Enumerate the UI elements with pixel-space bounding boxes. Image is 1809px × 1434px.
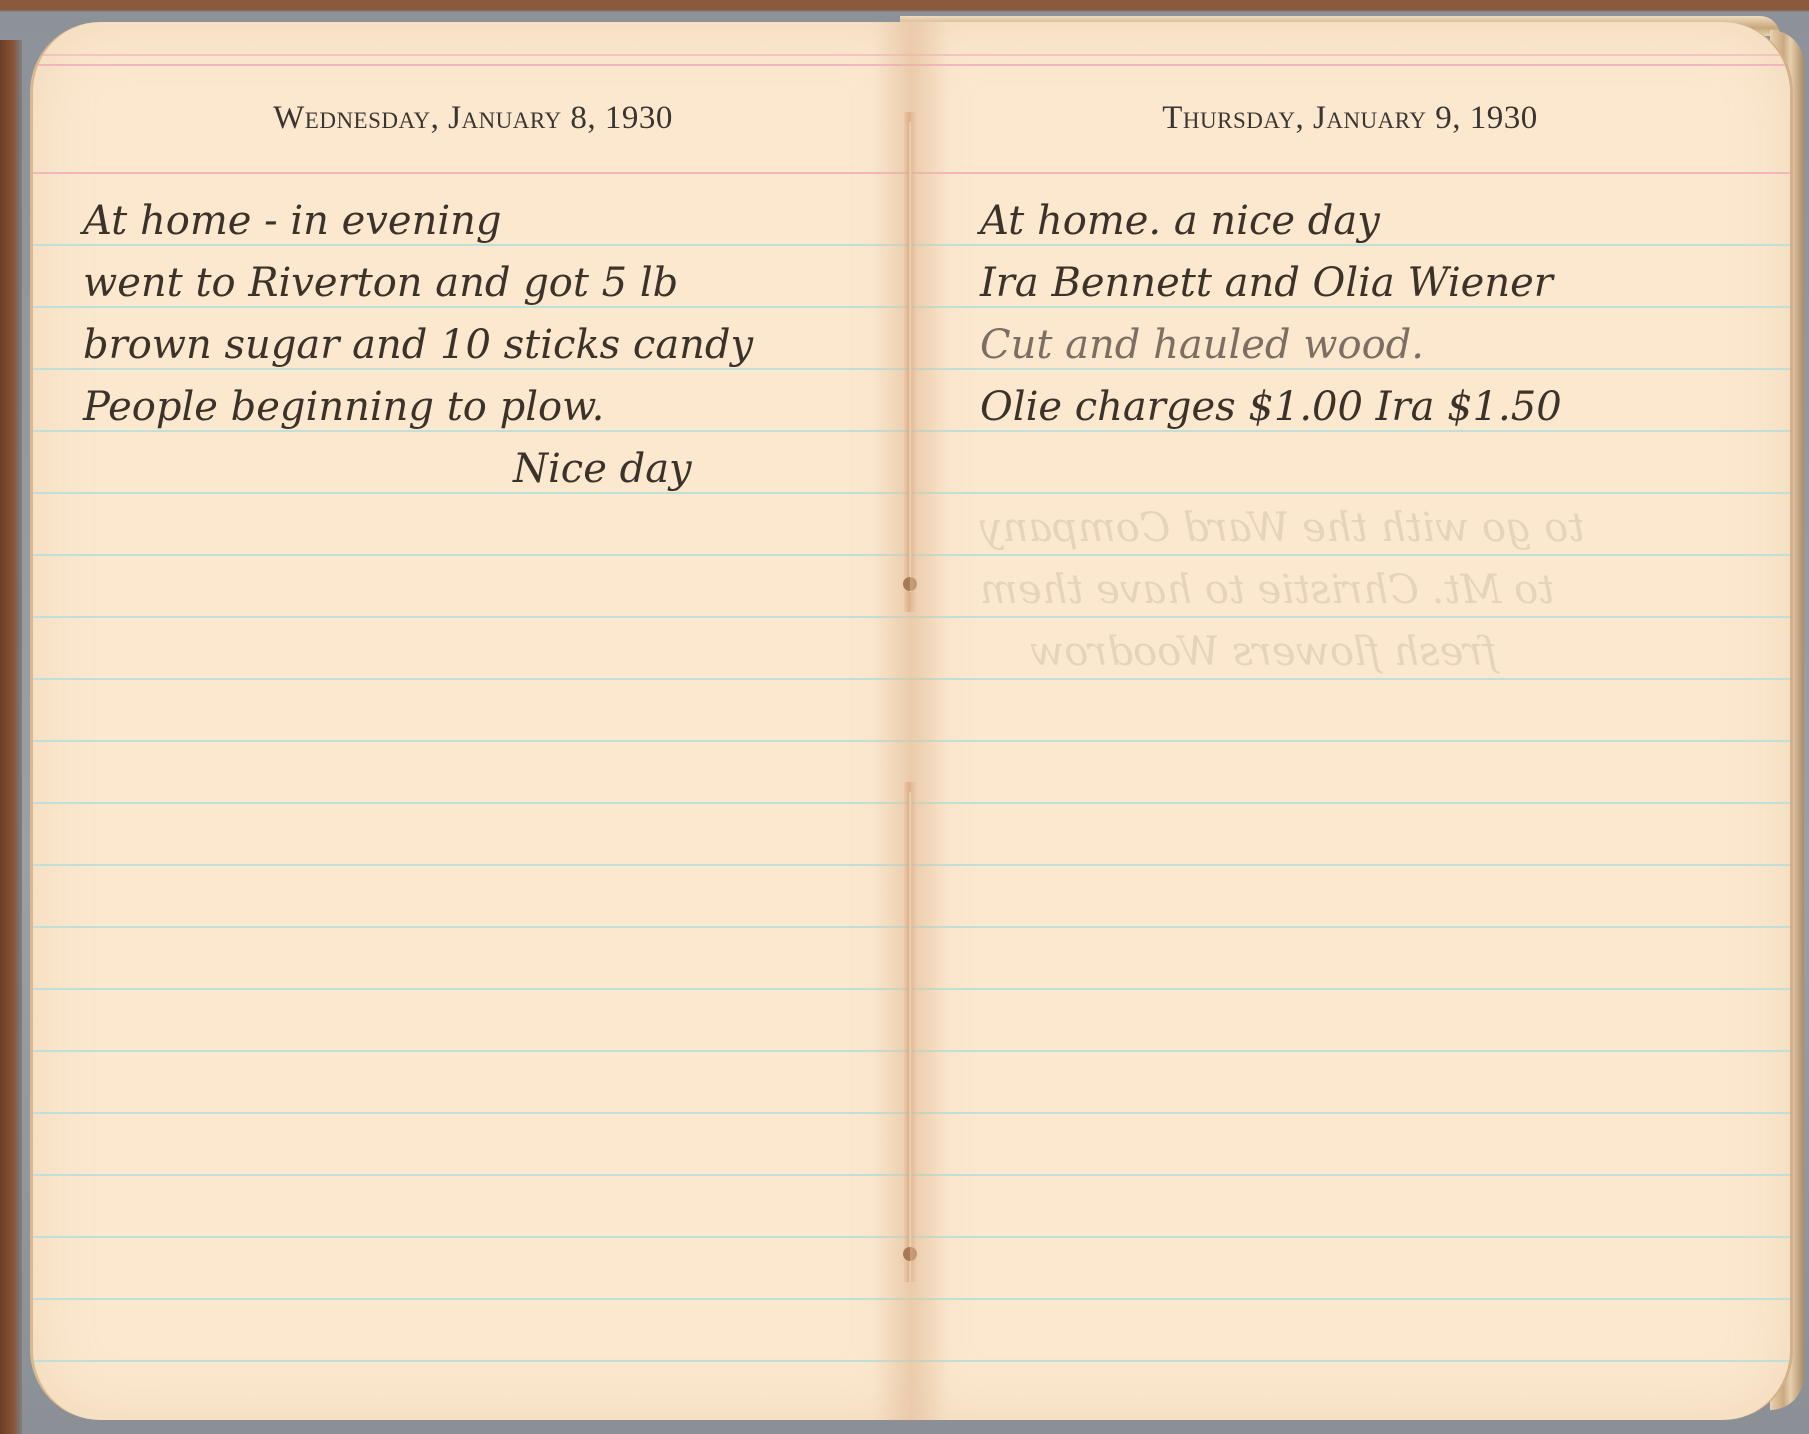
ruled-line	[910, 1298, 1790, 1300]
ruled-line	[910, 1174, 1790, 1176]
ruled-line	[910, 864, 1790, 866]
ruled-line	[910, 1360, 1790, 1362]
ruled-line	[33, 864, 913, 866]
handwritten-entry: At home - in evening went to Riverton an…	[83, 190, 873, 500]
ruled-line	[33, 740, 913, 742]
entry-line: At home. a nice day	[980, 190, 1750, 252]
left-page: Wednesday, January 8, 1930 At home - in …	[30, 22, 913, 1420]
diary-spread: Wednesday, January 8, 1930 At home - in …	[30, 22, 1798, 1422]
ruled-line	[33, 678, 913, 680]
ruled-line	[910, 492, 1790, 494]
ruled-line	[33, 616, 913, 618]
header-rule	[910, 54, 1790, 56]
ruled-line	[33, 1050, 913, 1052]
bleed-through-line: to go with the Ward Company	[980, 497, 1584, 559]
ruled-line	[910, 926, 1790, 928]
header-underline	[33, 172, 913, 174]
header-rule	[33, 54, 913, 56]
bleed-through-line: to Mt. Christie to have them	[980, 559, 1554, 621]
ruled-line	[33, 1112, 913, 1114]
entry-line: At home - in evening	[83, 190, 873, 252]
ruled-line	[33, 1360, 913, 1362]
right-page: Thursday, January 9, 1930 to go with the…	[910, 22, 1793, 1420]
date-header: Wednesday, January 8, 1930	[33, 100, 913, 137]
ruled-line	[33, 802, 913, 804]
ruled-line	[910, 740, 1790, 742]
ruled-line	[33, 1174, 913, 1176]
entry-line: People beginning to plow.	[83, 376, 873, 438]
entry-signoff: Nice day	[83, 438, 873, 500]
entry-line: Cut and hauled wood.	[980, 314, 1750, 376]
bleed-through-line: fresh flowers Woodrow	[1030, 621, 1497, 683]
date-header: Thursday, January 9, 1930	[910, 100, 1790, 137]
header-underline	[910, 172, 1790, 174]
ruled-line	[33, 1236, 913, 1238]
header-rule	[33, 64, 913, 66]
ruled-line	[33, 554, 913, 556]
header-rule	[910, 64, 1790, 66]
ruled-line	[910, 1050, 1790, 1052]
ruled-line	[910, 1236, 1790, 1238]
ruled-line	[910, 1112, 1790, 1114]
book-cover-edge	[0, 40, 22, 1434]
entry-line: brown sugar and 10 sticks candy	[83, 314, 873, 376]
ruled-line	[33, 926, 913, 928]
ruled-line	[33, 1298, 913, 1300]
entry-line: went to Riverton and got 5 lb	[83, 252, 873, 314]
ruled-line	[910, 988, 1790, 990]
handwritten-entry: At home. a nice day Ira Bennett and Olia…	[980, 190, 1750, 438]
entry-line: Ira Bennett and Olia Wiener	[980, 252, 1750, 314]
entry-line: Olie charges $1.00 Ira $1.50	[980, 376, 1750, 438]
ruled-line	[33, 988, 913, 990]
ruled-line	[910, 802, 1790, 804]
